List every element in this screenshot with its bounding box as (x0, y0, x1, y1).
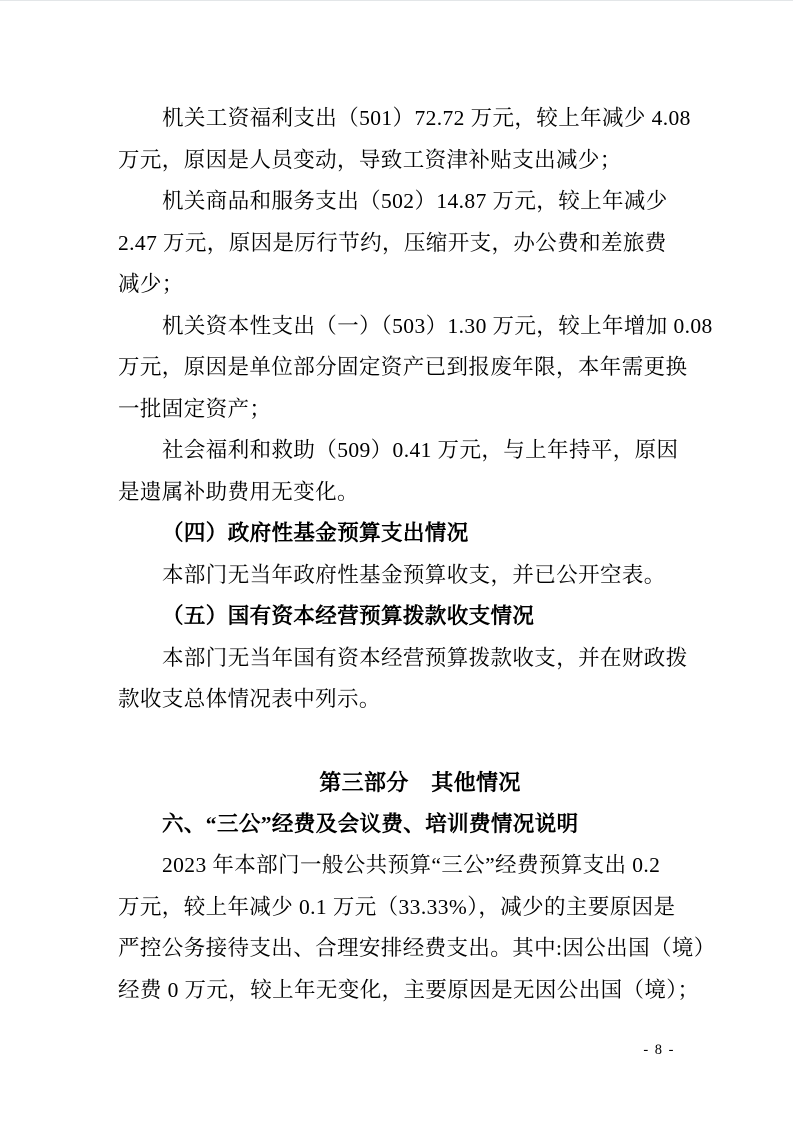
text-line: 减少； (118, 264, 678, 306)
document-page: 机关工资福利支出（501）72.72 万元，较上年减少 4.08万元，原因是人员… (0, 0, 793, 1122)
text-line: 严控公务接待支出、合理安排经费支出。其中:因公出国（境） (118, 928, 678, 970)
section-heading: 第三部分 其他情况 (118, 762, 678, 804)
text-line: 本部门无当年国有资本经营预算拨款收支，并在财政拨 (118, 638, 678, 680)
page-number: - 8 - (643, 1039, 675, 1061)
text-line: 万元，原因是人员变动，导致工资津补贴支出减少； (118, 140, 678, 182)
text-line: 2.47 万元，原因是厉行节约，压缩开支，办公费和差旅费 (118, 223, 678, 265)
text-line: 经费 0 万元，较上年无变化，主要原因是无因公出国（境）； (118, 970, 678, 1012)
text-line: 2023 年本部门一般公共预算“三公”经费预算支出 0.2 (118, 845, 678, 887)
text-line: 万元，较上年减少 0.1 万元（33.33%），减少的主要原因是 (118, 887, 678, 929)
sub-heading: （四）政府性基金预算支出情况 (118, 513, 678, 555)
text-line: 是遗属补助费用无变化。 (118, 472, 678, 514)
text-line: 机关工资福利支出（501）72.72 万元，较上年减少 4.08 (118, 98, 678, 140)
text-line: 社会福利和救助（509）0.41 万元，与上年持平，原因 (118, 430, 678, 472)
blank-line (118, 721, 678, 763)
text-line: 本部门无当年政府性基金预算收支，并已公开空表。 (118, 555, 678, 597)
document-body: 机关工资福利支出（501）72.72 万元，较上年减少 4.08万元，原因是人员… (118, 98, 678, 1011)
sub-heading: （五）国有资本经营预算拨款收支情况 (118, 596, 678, 638)
sub-heading: 六、“三公”经费及会议费、培训费情况说明 (118, 804, 678, 846)
text-line: 一批固定资产； (118, 389, 678, 431)
text-line: 万元，原因是单位部分固定资产已到报废年限，本年需更换 (118, 347, 678, 389)
text-line: 机关资本性支出（一）（503）1.30 万元，较上年增加 0.08 (118, 306, 678, 348)
text-line: 机关商品和服务支出（502）14.87 万元，较上年减少 (118, 181, 678, 223)
text-line: 款收支总体情况表中列示。 (118, 679, 678, 721)
